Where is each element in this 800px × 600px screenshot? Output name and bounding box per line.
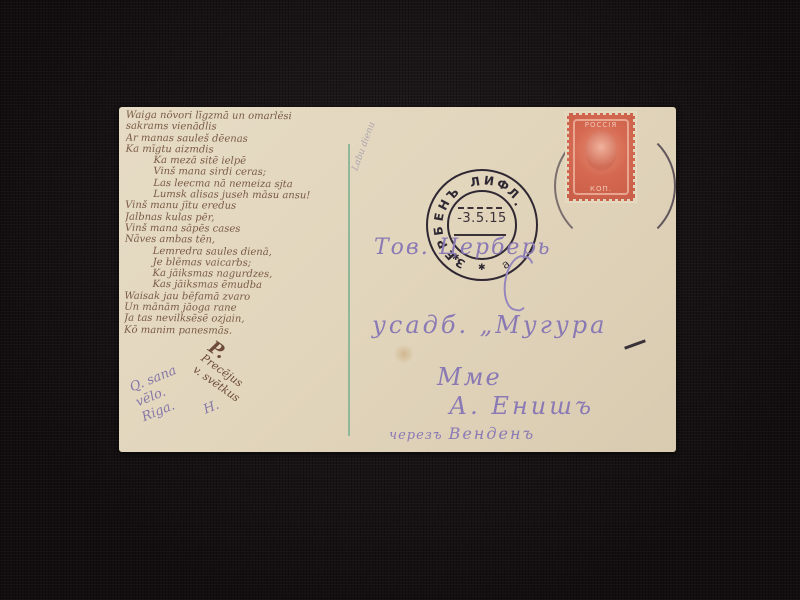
handwritten-message: Waiga nōvori līgzmā un omarlēsi sakrams …	[124, 110, 416, 338]
paper-stain	[393, 345, 415, 363]
stamp-portrait	[585, 131, 617, 171]
postcard: Waiga nōvori līgzmā un omarlēsi sakrams …	[119, 107, 676, 452]
postage-stamp: РОССІЯ КОП.	[567, 113, 635, 201]
address-line-via: черезъВенденъ	[389, 424, 535, 443]
address-via-place: Венденъ	[449, 424, 536, 443]
stamp-value-label: КОП.	[567, 185, 635, 193]
address-line-estate: усадб. „Мугура	[372, 311, 607, 339]
ink-dash-mark	[624, 339, 646, 349]
postmark-bar	[458, 207, 502, 209]
address-line-title: Мме	[437, 363, 502, 391]
postmark-star: ✱	[478, 263, 486, 273]
message-line: Kō manim panesmās.	[124, 324, 414, 338]
stamp-country-label: РОССІЯ	[567, 121, 635, 129]
address-line-name: А. Енишъ	[449, 392, 594, 420]
address-via-prefix: черезъ	[389, 428, 443, 443]
